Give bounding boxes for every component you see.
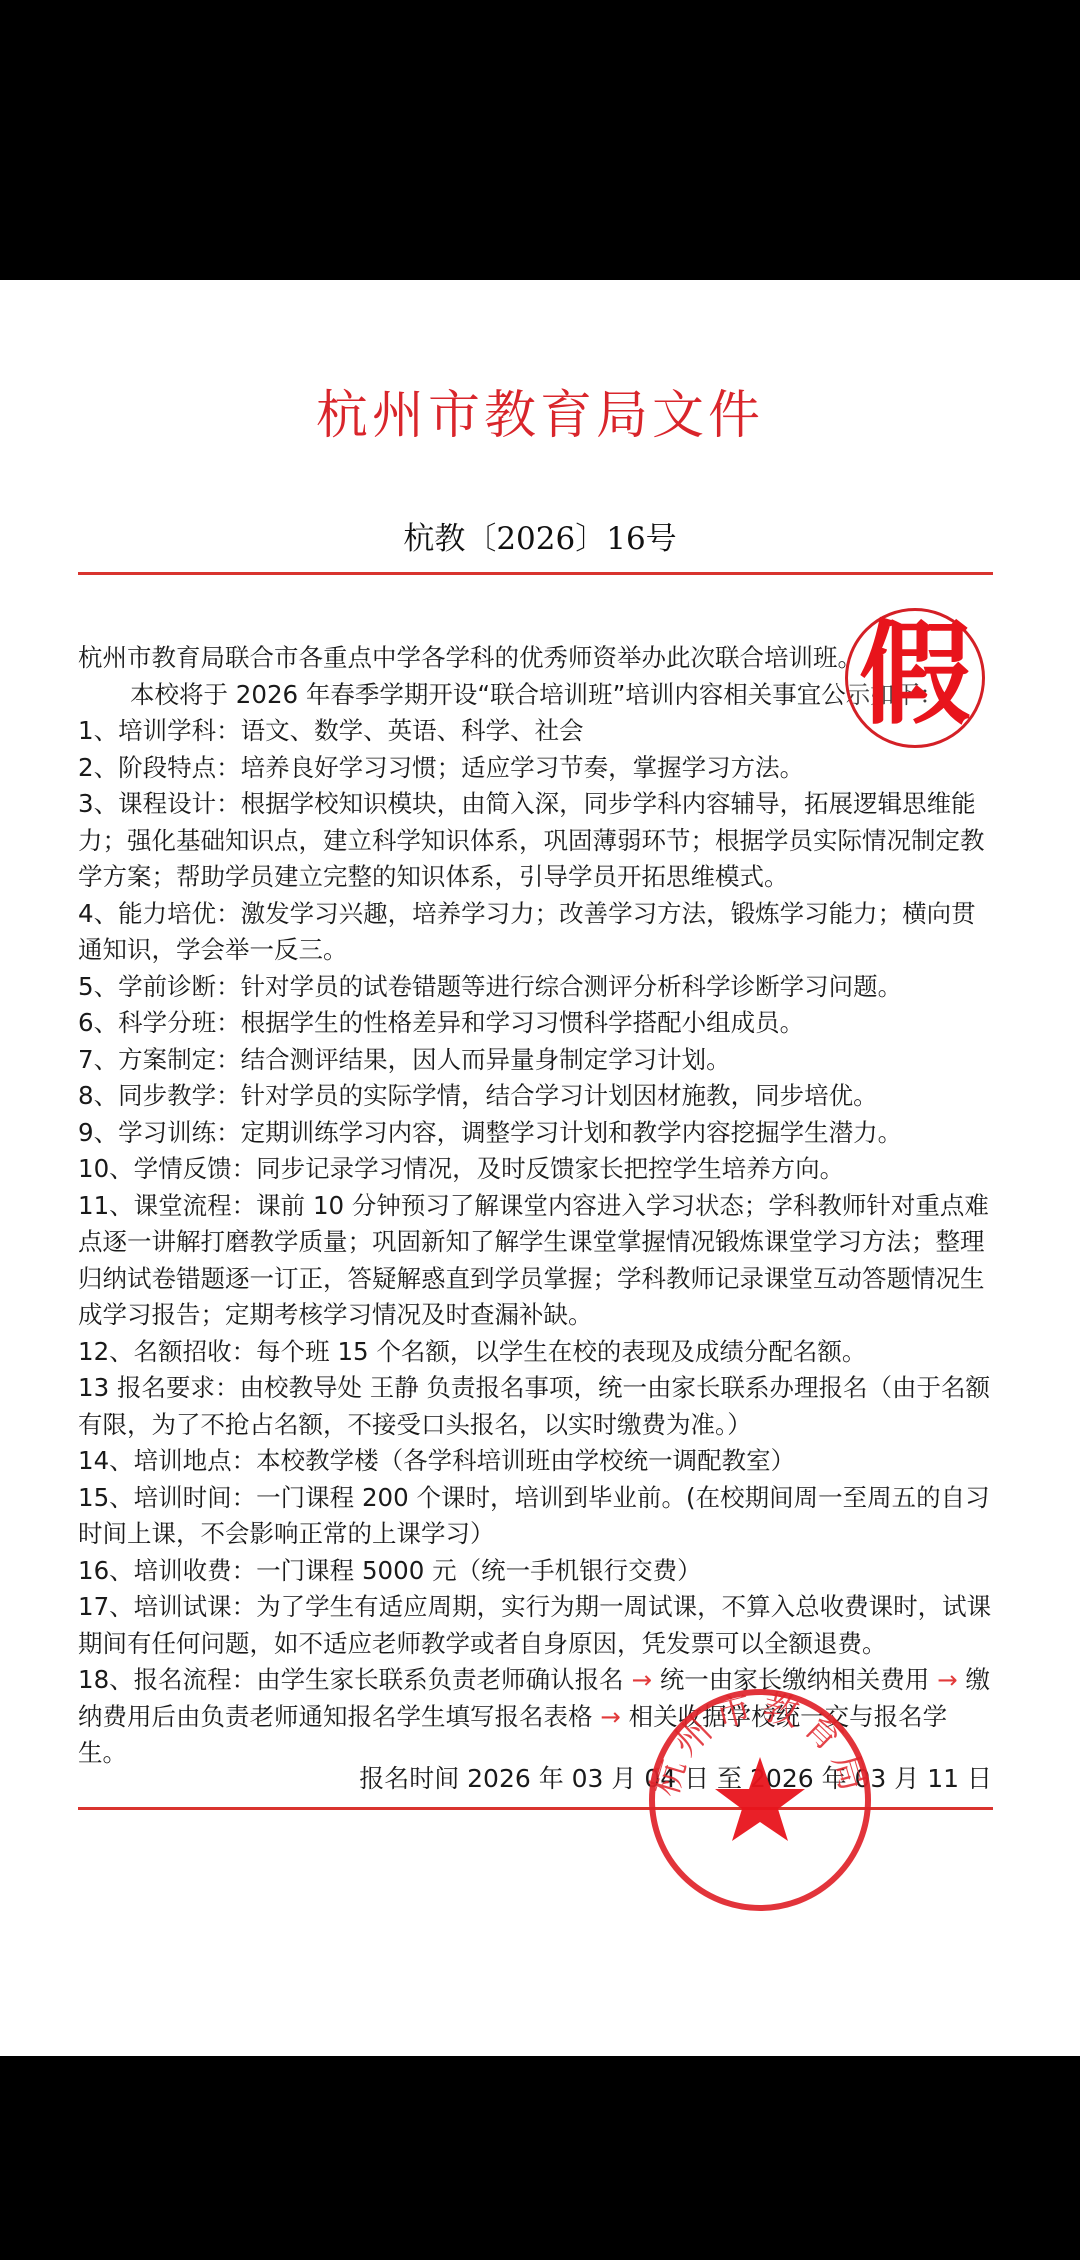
item-9: 9、学习训练：定期训练学习内容，调整学习计划和教学内容挖掘学生潜力。 (78, 1115, 994, 1152)
top-black-bar (0, 0, 1080, 280)
item-18-step-1: 由学生家长联系负责老师确认报名 (256, 1665, 624, 1694)
item-11: 11、课堂流程：课前 10 分钟预习了解课堂内容进入学习状态；学科教师针对重点难… (78, 1188, 994, 1334)
official-seal-icon: 杭州市教育局 (645, 1685, 875, 1915)
item-12: 12、名额招收：每个班 15 个名额，以学生在校的表现及成绩分配名额。 (78, 1334, 994, 1371)
item-8: 8、同步教学：针对学员的实际学情，结合学习计划因材施教，同步培优。 (78, 1078, 994, 1115)
item-16: 16、培训收费：一门课程 5000 元（统一手机银行交费） (78, 1553, 994, 1590)
item-3: 3、课程设计：根据学校知识模块，由简入深，同步学科内容辅导，拓展逻辑思维能力；强… (78, 786, 994, 896)
item-7: 7、方案制定：结合测评结果，因人而异量身制定学习计划。 (78, 1042, 994, 1079)
item-18-label: 18、报名流程： (78, 1665, 256, 1694)
item-14: 14、培训地点：本校教学楼（各学科培训班由学校统一调配教室） (78, 1443, 994, 1480)
item-17: 17、培训试课：为了学生有适应周期，实行为期一周试课，不算入总收费课时，试课期间… (78, 1589, 994, 1662)
header-red-rule (78, 572, 993, 575)
bottom-black-bar (0, 2056, 1080, 2260)
item-13: 13 报名要求：由校教导处 王静 负责报名事项，统一由家长联系办理报名（由于名额… (78, 1370, 994, 1443)
item-1: 1、培训学科：语文、数学、英语、科学、社会 (78, 713, 994, 750)
item-6: 6、科学分班：根据学生的性格差异和学习习惯科学搭配小组成员。 (78, 1005, 994, 1042)
fake-stamp: 假 (845, 608, 985, 748)
item-5: 5、学前诊断：针对学员的试卷错题等进行综合测评分析科学诊断学习问题。 (78, 969, 994, 1006)
arrow-right-icon: → (937, 1665, 958, 1694)
document-page: 杭州市教育局文件 杭教〔2026〕16号 杭州市教育局联合市各重点中学各学科的优… (0, 280, 1080, 2056)
document-body: 杭州市教育局联合市各重点中学各学科的优秀师资举办此次联合培训班。 本校将于 20… (78, 640, 994, 1772)
item-4: 4、能力培优：激发学习兴趣，培养学习力；改善学习方法，锻炼学习能力；横向贯通知识… (78, 896, 994, 969)
document-number: 杭教〔2026〕16号 (0, 524, 1080, 555)
item-15: 15、培训时间：一门课程 200 个课时，培训到毕业前。(在校期间周一至周五的自… (78, 1480, 994, 1553)
arrow-right-icon: → (600, 1702, 621, 1731)
item-2: 2、阶段特点：培养良好学习习惯；适应学习节奏，掌握学习方法。 (78, 750, 994, 787)
fake-stamp-text: 假 (859, 619, 971, 731)
item-10: 10、学情反馈：同步记录学习情况，及时反馈家长把控学生培养方向。 (78, 1151, 994, 1188)
document-title: 杭州市教育局文件 (0, 390, 1080, 442)
